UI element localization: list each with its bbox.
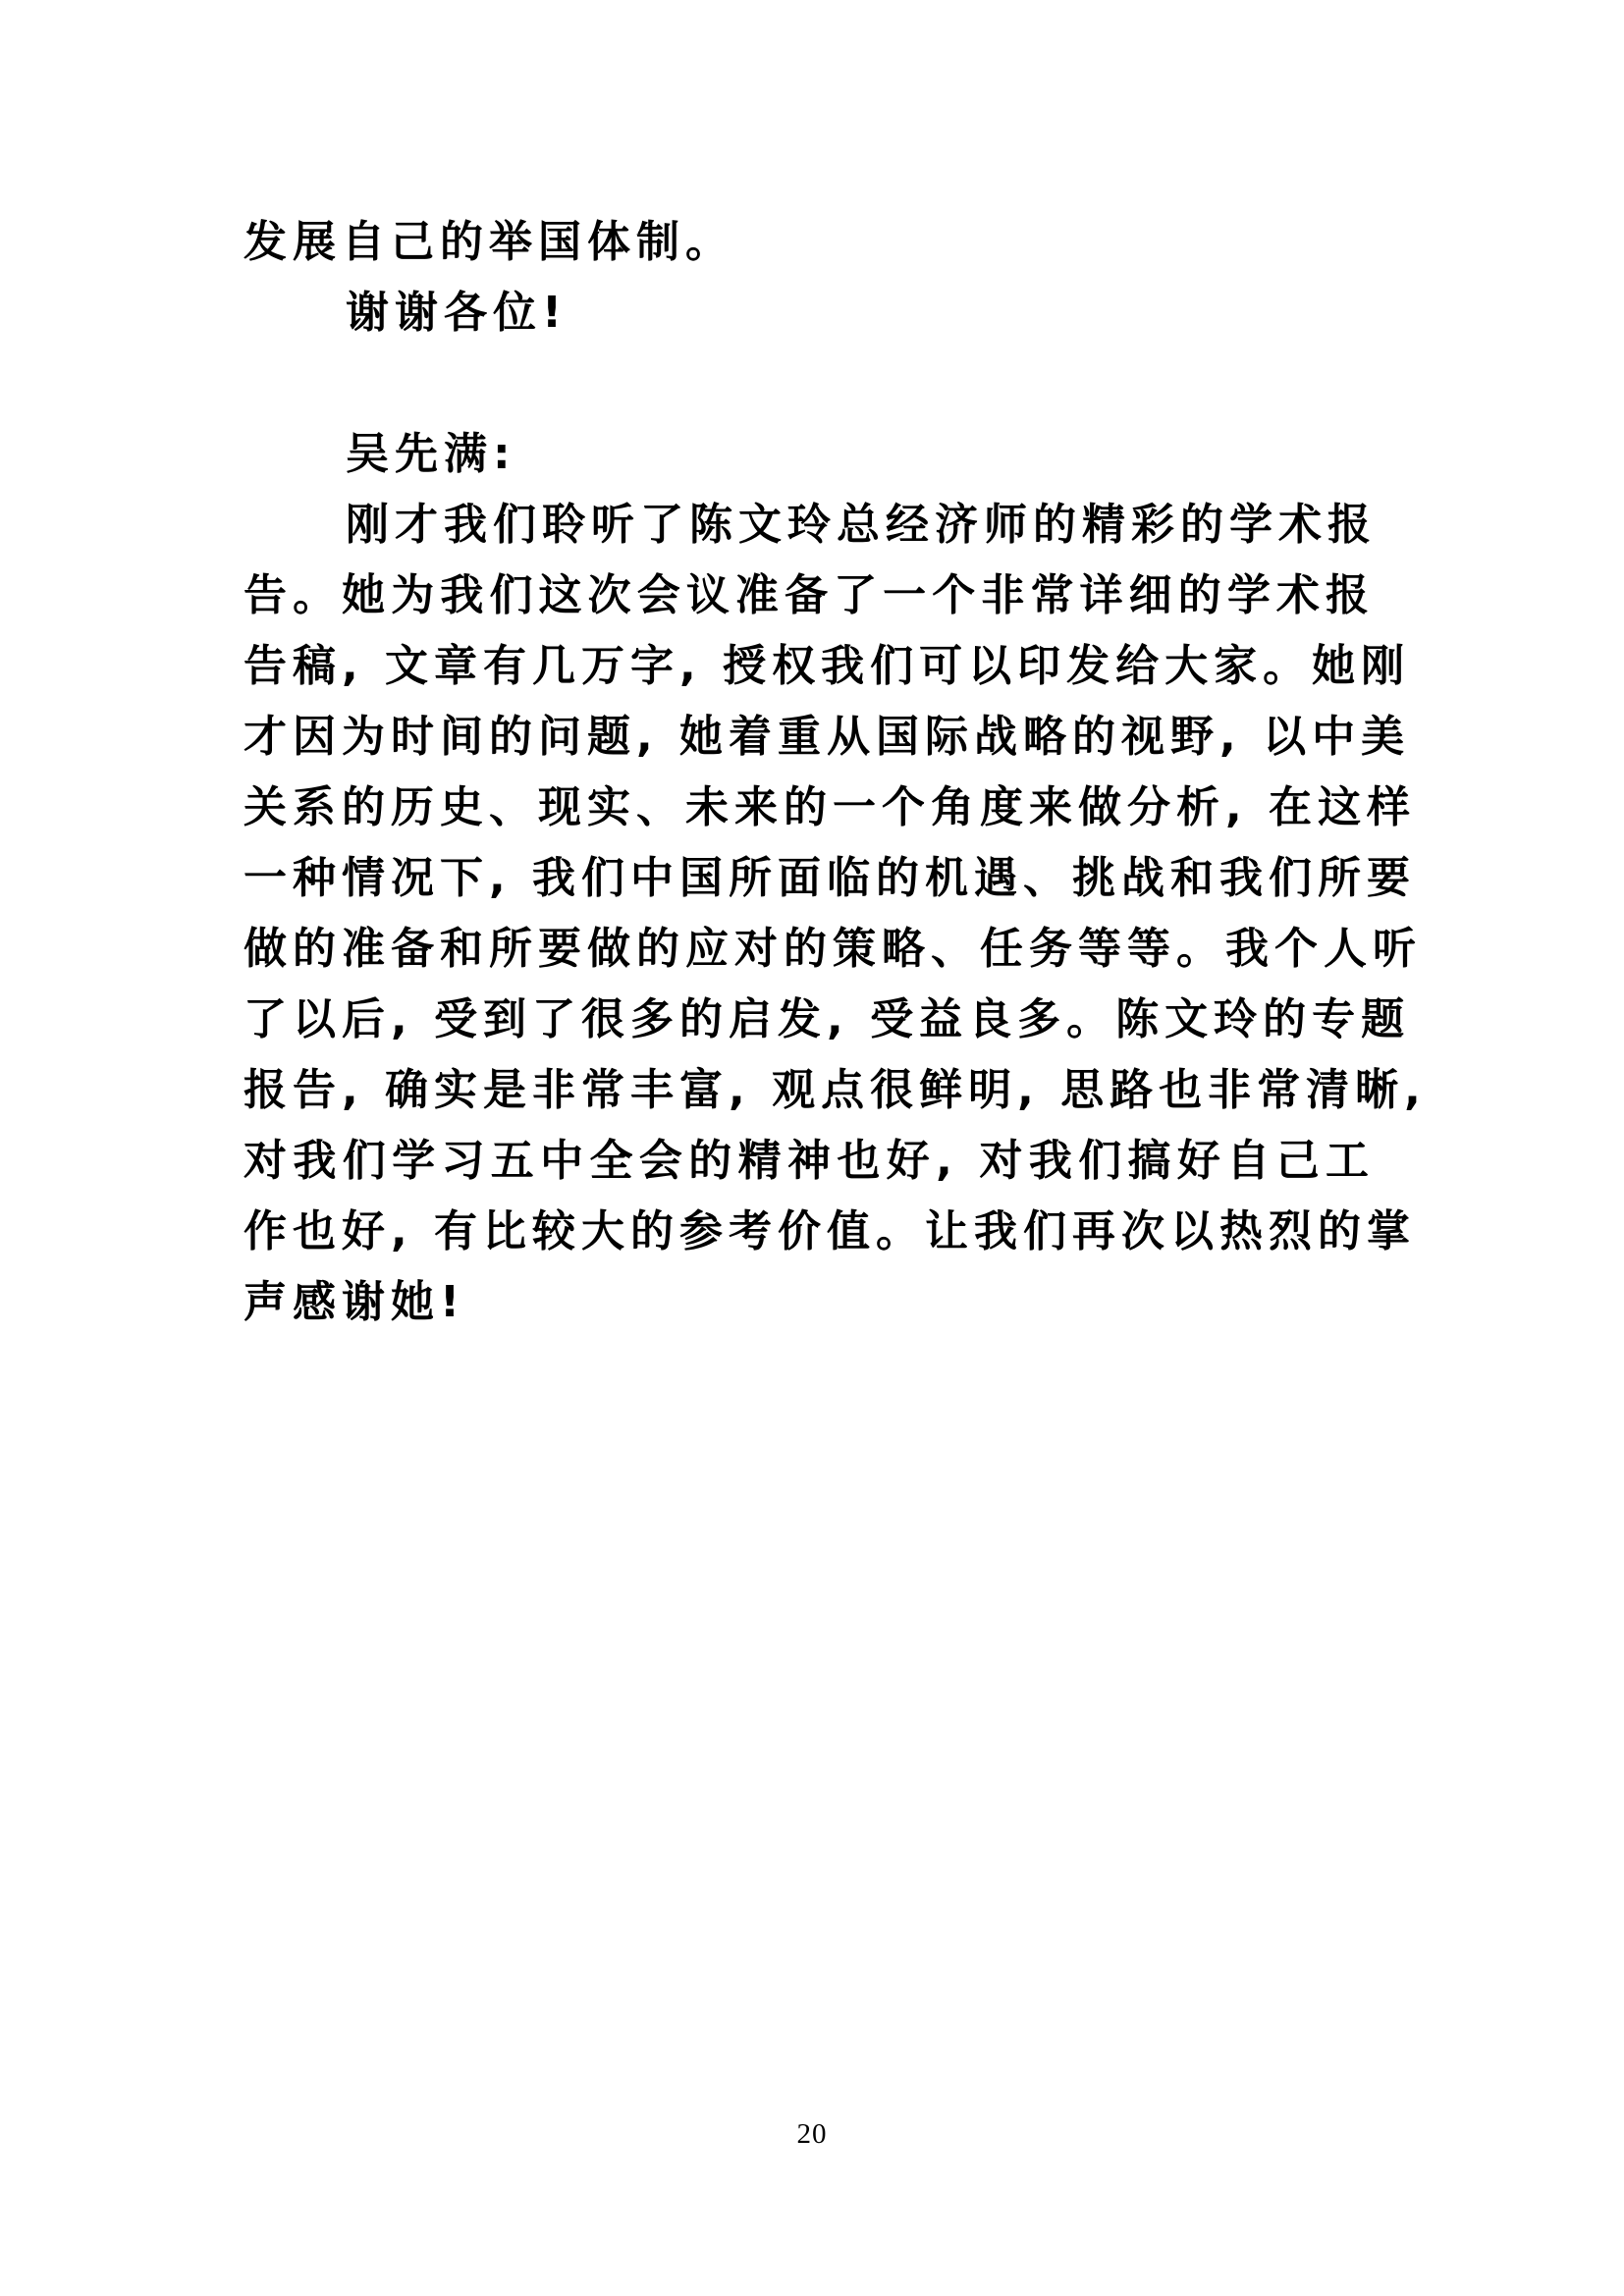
- document-page: 发展自己的举国体制。 谢谢各位! 吴先满: 刚才我们聆听了陈文玲总经济师的精彩的…: [0, 0, 1624, 2296]
- text-line: 告稿, 文章有几万字, 授权我们可以印发给大家。她刚: [244, 631, 1375, 702]
- text-line: 了以后, 受到了很多的启发, 受益良多。陈文玲的专题: [244, 985, 1375, 1055]
- text-line: 才因为时间的问题, 她着重从国际战略的视野, 以中美: [244, 702, 1375, 773]
- text-line: 声感谢她!: [244, 1267, 1375, 1338]
- text-line: 刚才我们聆听了陈文玲总经济师的精彩的学术报: [244, 490, 1375, 561]
- page-number: 20: [0, 2118, 1624, 2151]
- text-line: 对我们学习五中全会的精神也好, 对我们搞好自己工: [244, 1126, 1375, 1197]
- blank-line: [244, 348, 1375, 419]
- text-line: 关系的历史、现实、未来的一个角度来做分析, 在这样: [244, 773, 1375, 843]
- text-line: 发展自己的举国体制。: [244, 207, 1375, 278]
- text-block: 发展自己的举国体制。 谢谢各位! 吴先满: 刚才我们聆听了陈文玲总经济师的精彩的…: [244, 207, 1375, 1338]
- text-line: 作也好, 有比较大的参考价值。让我们再次以热烈的掌: [244, 1197, 1375, 1267]
- text-line: 告。她为我们这次会议准备了一个非常详细的学术报: [244, 561, 1375, 631]
- text-line: 谢谢各位!: [244, 278, 1375, 348]
- text-line: 做的准备和所要做的应对的策略、任务等等。我个人听: [244, 914, 1375, 985]
- text-line: 报告, 确实是非常丰富, 观点很鲜明, 思路也非常清晰,: [244, 1055, 1375, 1126]
- speaker-name-line: 吴先满:: [244, 419, 1375, 490]
- text-line: 一种情况下, 我们中国所面临的机遇、挑战和我们所要: [244, 843, 1375, 914]
